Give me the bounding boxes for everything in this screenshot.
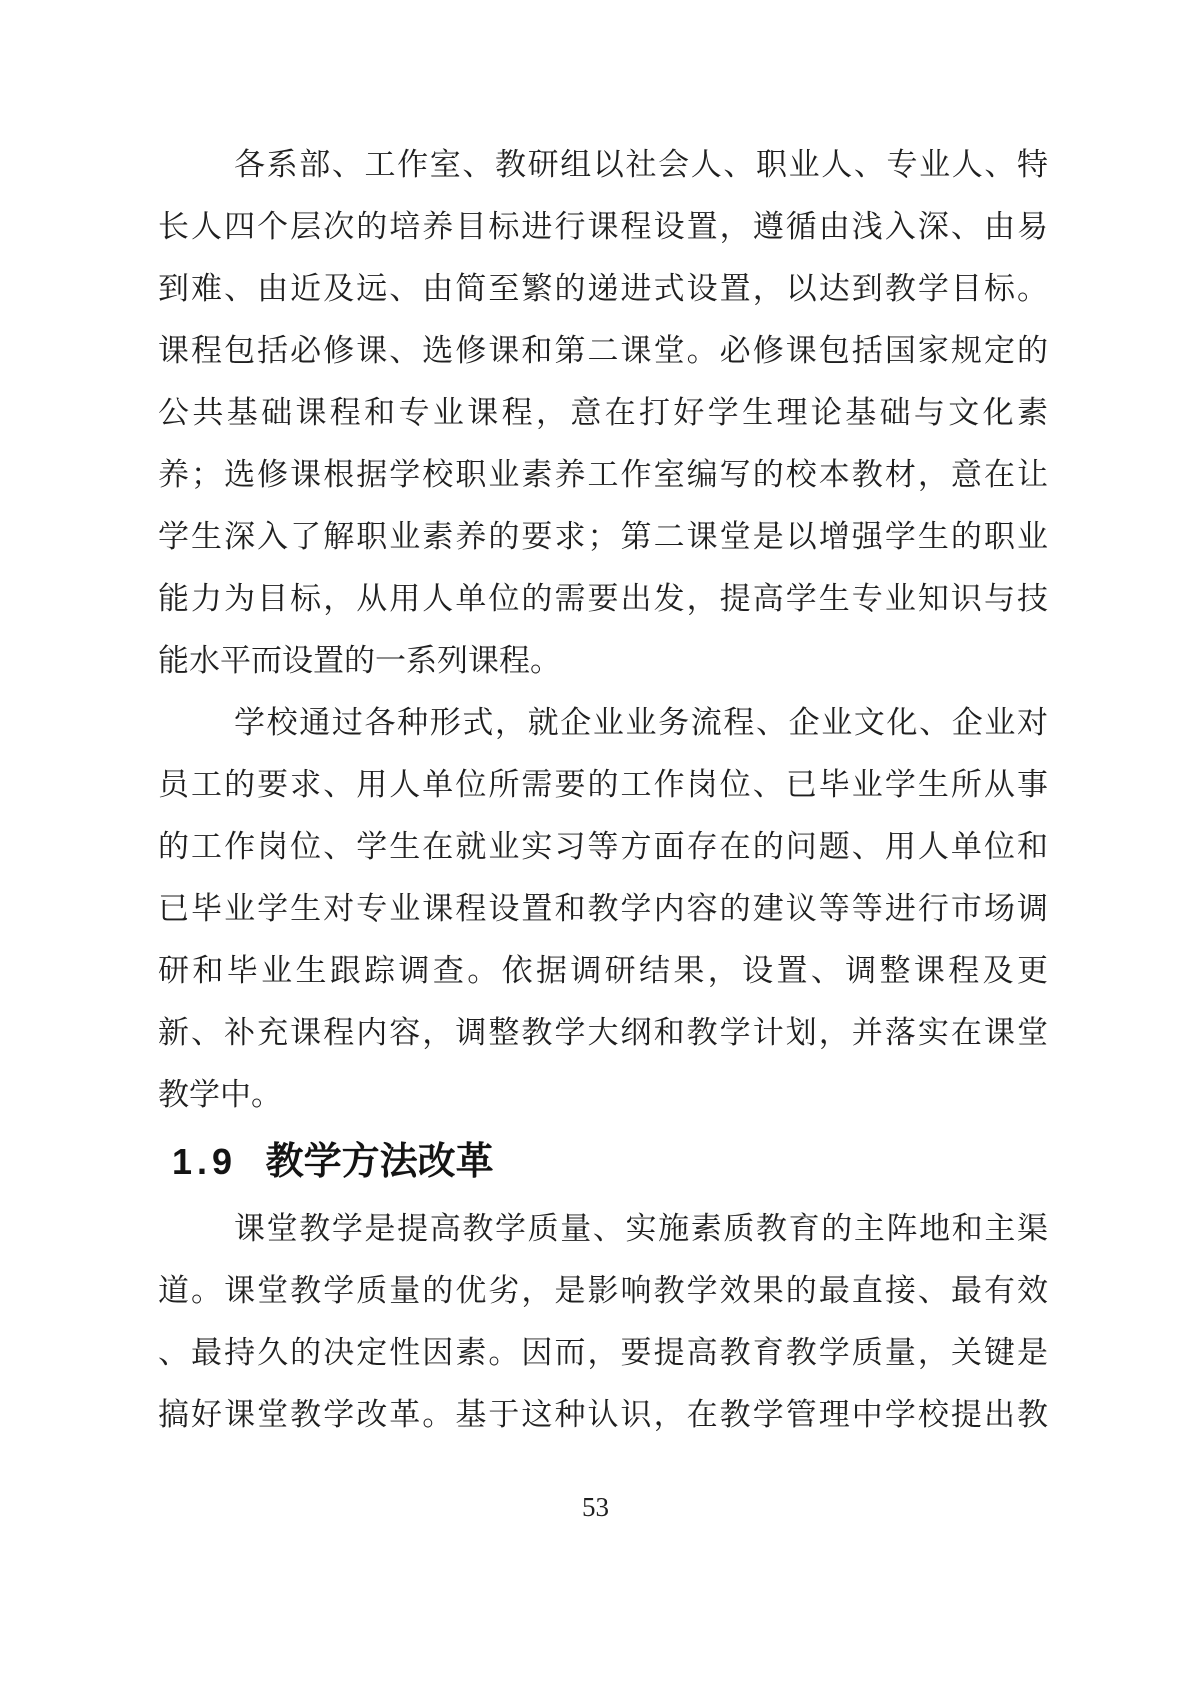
paragraph-line: 研和毕业生跟踪调查。依据调研结果，设置、调整课程及更 [158,940,1048,1002]
paragraph-line: 道。课堂教学质量的优劣，是影响教学效果的最直接、最有效 [158,1260,1048,1322]
paragraph-line: 能力为目标，从用人单位的需要出发，提高学生专业知识与技 [158,568,1048,630]
paragraph-line: 课程包括必修课、选修课和第二课堂。必修课包括国家规定的 [158,320,1048,382]
body-text-column: 各系部、工作室、教研组以社会人、职业人、专业人、特 长人四个层次的培养目标进行课… [158,134,1048,1446]
section-heading: 1.9 教学方法改革 [158,1126,1048,1198]
paragraph-line: 公共基础课程和专业课程，意在打好学生理论基础与文化素 [158,382,1048,444]
paragraph-line: 搞好课堂教学改革。基于这种认识，在教学管理中学校提出教 [158,1384,1048,1446]
paragraph-line: 到难、由近及远、由简至繁的递进式设置，以达到教学目标。 [158,258,1048,320]
paragraph-line: 员工的要求、用人单位所需要的工作岗位、已毕业学生所从事 [158,754,1048,816]
paragraph-line: 各系部、工作室、教研组以社会人、职业人、专业人、特 [158,134,1048,196]
section-number: 1.9 [172,1141,237,1182]
paragraph-line: 课堂教学是提高教学质量、实施素质教育的主阵地和主渠 [158,1198,1048,1260]
paragraph-line: 学校通过各种形式，就企业业务流程、企业文化、企业对 [158,692,1048,754]
paragraph: 学校通过各种形式，就企业业务流程、企业文化、企业对 员工的要求、用人单位所需要的… [158,692,1048,1126]
paragraph-line: 已毕业学生对专业课程设置和教学内容的建议等等进行市场调 [158,878,1048,940]
paragraph-line: 长人四个层次的培养目标进行课程设置，遵循由浅入深、由易 [158,196,1048,258]
paragraph: 课堂教学是提高教学质量、实施素质教育的主阵地和主渠 道。课堂教学质量的优劣，是影… [158,1198,1048,1446]
paragraph-line: 学生深入了解职业素养的要求；第二课堂是以增强学生的职业 [158,506,1048,568]
paragraph-line: 新、补充课程内容，调整教学大纲和教学计划，并落实在课堂 [158,1002,1048,1064]
paragraph-line: 能水平而设置的一系列课程。 [158,630,1048,692]
paragraph-line: 养；选修课根据学校职业素养工作室编写的校本教材，意在让 [158,444,1048,506]
page-number: 53 [0,1492,1191,1523]
paragraph-line: 教学中。 [158,1064,1048,1126]
paragraph-line: 的工作岗位、学生在就业实习等方面存在的问题、用人单位和 [158,816,1048,878]
document-page: 各系部、工作室、教研组以社会人、职业人、专业人、特 长人四个层次的培养目标进行课… [0,0,1191,1684]
paragraph: 各系部、工作室、教研组以社会人、职业人、专业人、特 长人四个层次的培养目标进行课… [158,134,1048,692]
section-title: 教学方法改革 [266,1141,494,1183]
paragraph-line: 、最持久的决定性因素。因而，要提高教育教学质量，关键是 [158,1322,1048,1384]
